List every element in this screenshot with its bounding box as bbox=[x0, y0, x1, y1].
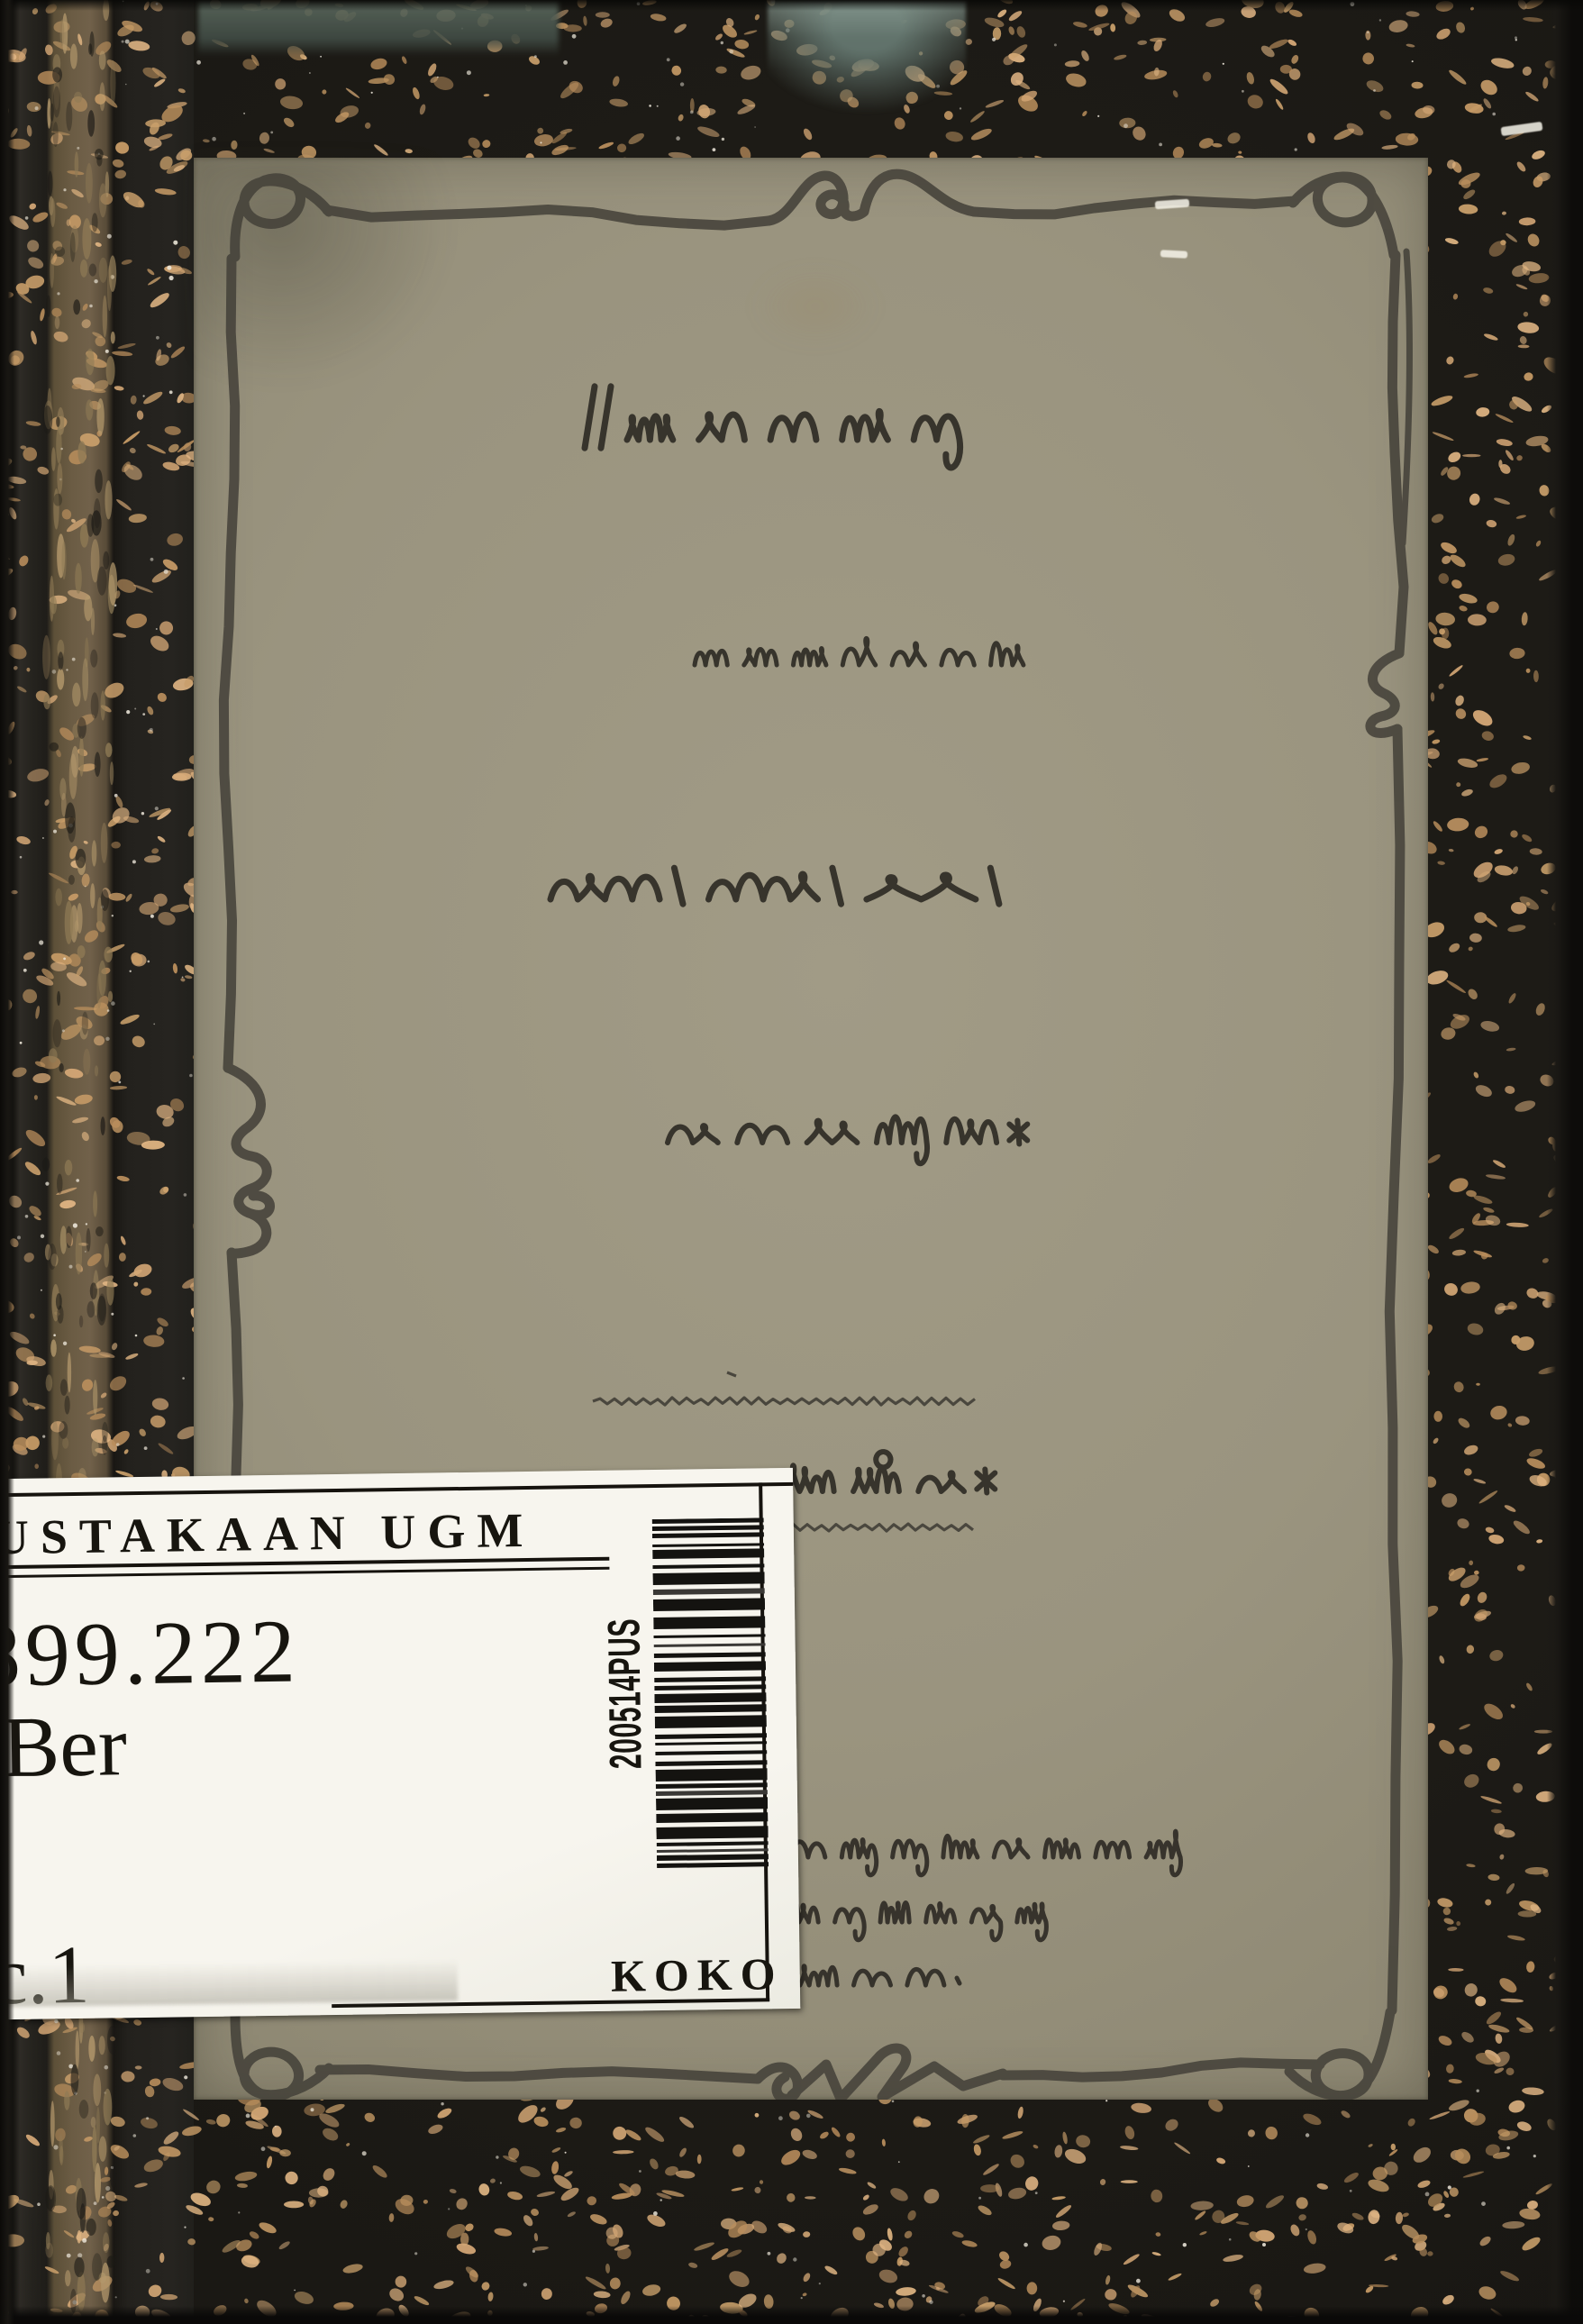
title-line-1 bbox=[585, 387, 960, 468]
photo-edge-right bbox=[1547, 0, 1583, 2324]
author-cutter: Ber bbox=[1, 1695, 127, 1797]
sticker-top-rule bbox=[0, 1482, 793, 1498]
photo-edge-left bbox=[0, 0, 14, 2324]
title-line-4 bbox=[668, 1116, 1027, 1163]
bottom-line-1 bbox=[791, 1831, 1180, 1875]
header-underline-2 bbox=[0, 1567, 609, 1579]
barcode-number: 200514PUS bbox=[597, 1618, 651, 1770]
barcode bbox=[652, 1517, 769, 1873]
library-name: USTAKAAN UGM bbox=[0, 1502, 535, 1565]
bottom-line-3 bbox=[800, 1966, 960, 1985]
title-line-2 bbox=[695, 638, 1023, 665]
library-sticker: USTAKAAN UGM 899.222 Ber c.1 200514PUS K… bbox=[0, 1468, 800, 2020]
photo-edge-top bbox=[0, 0, 1583, 11]
sticker-scuff bbox=[0, 1959, 458, 2008]
title-line-3 bbox=[550, 868, 999, 904]
cloth-patch-top-right bbox=[768, 0, 966, 126]
location-code: KOKO bbox=[611, 1947, 784, 2002]
bottom-line-2 bbox=[789, 1900, 1046, 1940]
call-number: 899.222 bbox=[0, 1599, 300, 1708]
scuff-mark bbox=[1160, 250, 1187, 259]
photo-edge-bottom bbox=[0, 2306, 1583, 2324]
book-cover-photo: USTAKAAN UGM 899.222 Ber c.1 200514PUS K… bbox=[0, 0, 1583, 2324]
